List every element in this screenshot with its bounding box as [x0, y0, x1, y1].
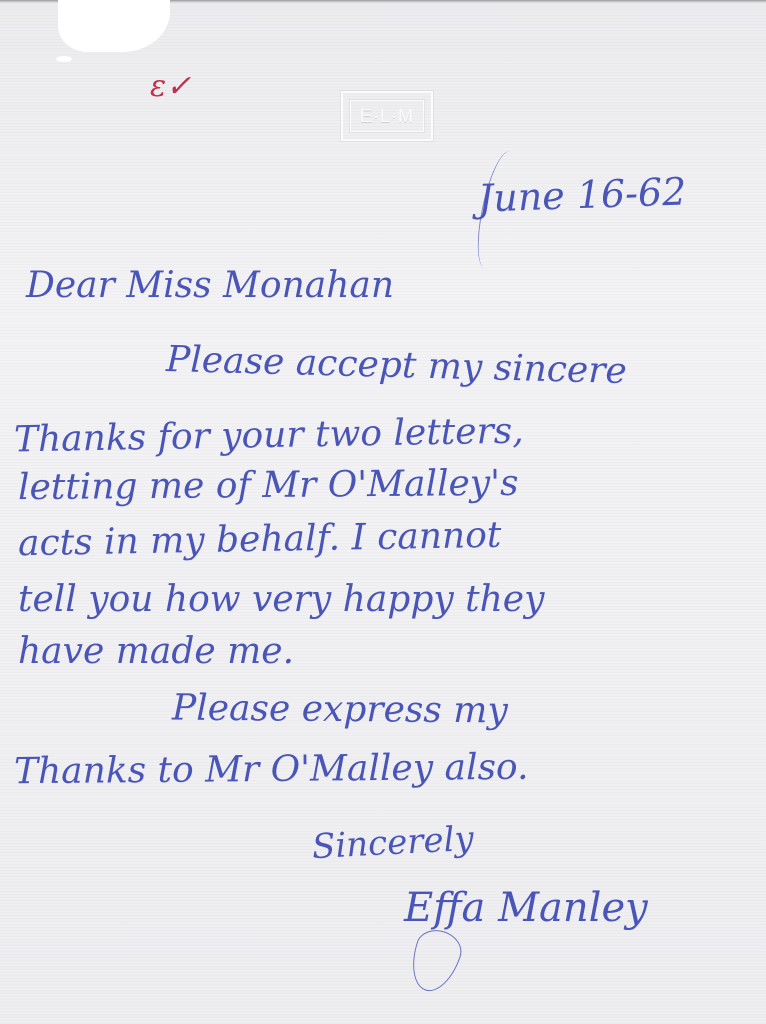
- torn-flake: [56, 56, 72, 62]
- monogram-text: E·L·M: [350, 100, 424, 132]
- body-line-5: tell you how very happy they: [18, 582, 544, 618]
- body-line-2: Thanks for your two letters,: [14, 414, 524, 459]
- signature: Effa Manley: [404, 888, 648, 928]
- body-line-7: Please express my: [172, 691, 508, 730]
- torn-corner: [58, 0, 170, 52]
- salutation: Dear Miss Monahan: [26, 268, 394, 304]
- letter-date: June 16-62: [477, 172, 686, 217]
- embossed-monogram: E·L·M: [341, 91, 433, 141]
- signature-loop-stroke: [404, 924, 467, 997]
- body-line-6: have made me.: [18, 634, 294, 670]
- body-line-1: Please accept my sincere: [166, 342, 628, 390]
- closing: Sincerely: [311, 822, 474, 864]
- body-line-8: Thanks to Mr O'Malley also.: [14, 750, 529, 790]
- letter-paper: E·L·M ε✓ June 16-62 Dear Miss Monahan Pl…: [0, 0, 766, 1024]
- body-line-4: acts in my behalf. I cannot: [18, 518, 502, 562]
- red-checkmark-annotation: ε✓: [150, 72, 191, 102]
- body-line-3: letting me of Mr O'Malley's: [18, 466, 519, 506]
